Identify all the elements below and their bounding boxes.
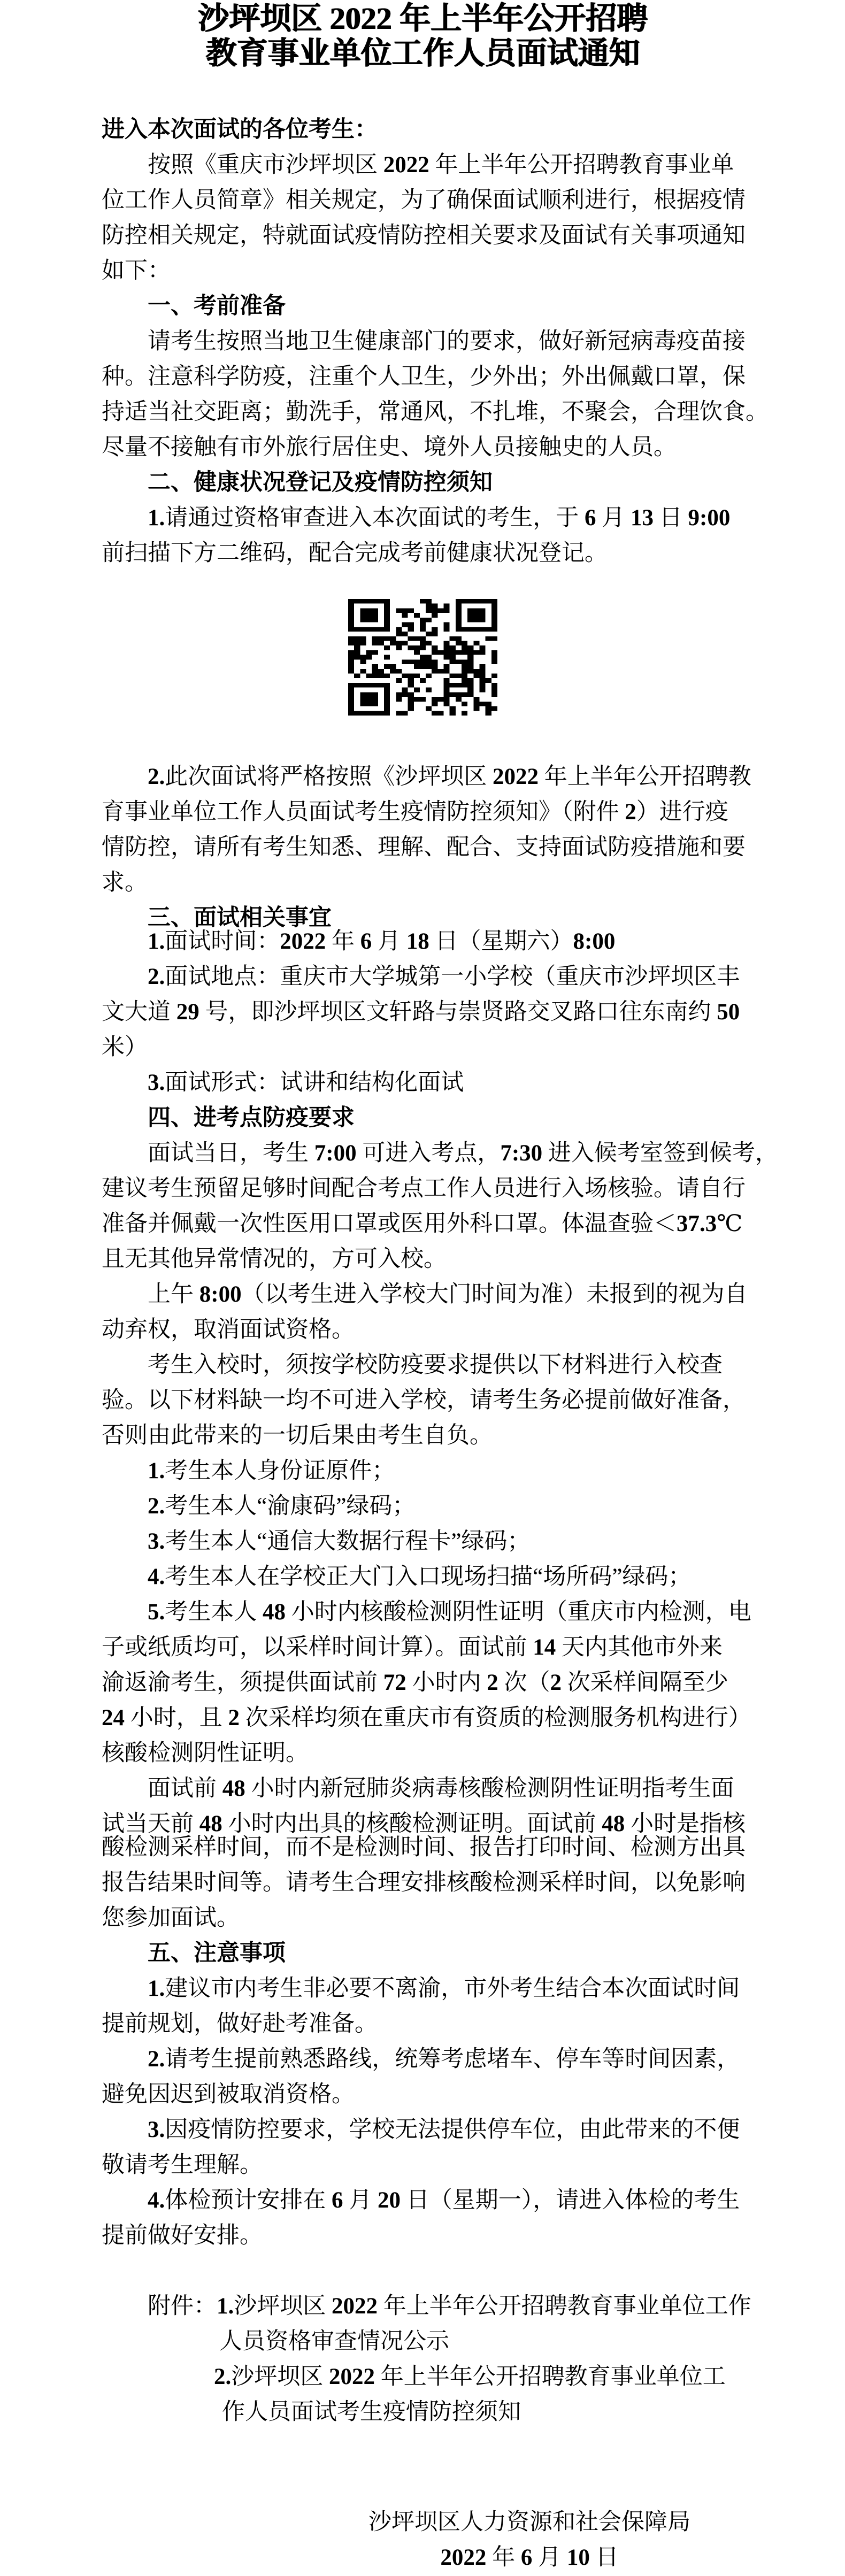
text-line: 准备并佩戴一次性医用口罩或医用外科口罩。体温查验＜37.3℃ — [102, 1206, 743, 1242]
text-line: 动弃权，取消面试资格。 — [102, 1312, 743, 1348]
text-line: 敬请考生理解。 — [102, 2148, 743, 2183]
text-line: 尽量不接触有市外旅行居住史、境外人员接触史的人员。 — [102, 430, 743, 465]
salutation-line: 进入本次面试的各位考生： — [102, 112, 743, 148]
section-heading-4: 四、进考点防疫要求 — [102, 1101, 743, 1136]
text-line: 否则由此带来的一切后果由考生自负。 — [102, 1418, 743, 1454]
attachment-line: 附件：1.沙坪坝区 2022 年上半年公开招聘教育事业单位工作 — [102, 2289, 743, 2324]
document-page: 沙坪坝区 2022 年上半年公开招聘 教育事业单位工作人员面试通知 进入本次面试… — [0, 0, 845, 2576]
text-line: 防控相关规定，特就面试疫情防控相关要求及面试有关事项通知 — [102, 218, 743, 253]
signature-date: 2022 年 6 月 10 日 — [316, 2540, 743, 2575]
text-line: 前扫描下方二维码，配合完成考前健康状况登记。 — [102, 536, 743, 571]
text-line: 3.因疫情防控要求，学校无法提供停车位，由此带来的不便 — [102, 2112, 743, 2148]
text-line: 24 小时，且 2 次采样均须在重庆市有资质的检测服务机构进行） — [102, 1701, 743, 1736]
text-line: 提前做好安排。 — [102, 2218, 743, 2254]
text-line: 2.此次面试将严格按照《沙坪坝区 2022 年上半年公开招聘教 — [102, 759, 743, 795]
text-line: 1.面试时间：2022 年 6 月 18 日（星期六）8:00 — [102, 924, 743, 959]
text-line: 4.体检预计安排在 6 月 20 日（星期一），请进入体检的考生 — [102, 2183, 743, 2218]
text-line: 面试当日，考生 7:00 可进入考点，7:30 进入候考室签到候考， — [102, 1136, 743, 1171]
text-line: 上午 8:00（以考生进入学校大门时间为准）未报到的视为自 — [102, 1277, 743, 1312]
text-line: 持适当社交距离；勤洗手，常通风，不扎堆，不聚会，合理饮食。 — [102, 395, 743, 430]
text-line: 考生入校时，须按学校防疫要求提供以下材料进行入校查 — [102, 1348, 743, 1383]
section-heading-5: 五、注意事项 — [102, 1936, 743, 1971]
text-line: 育事业单位工作人员面试考生疫情防控须知》（附件 2）进行疫 — [102, 795, 743, 830]
text-line: 情防控，请所有考生知悉、理解、配合、支持面试防疫措施和要 — [102, 830, 743, 865]
health-registration-qr-code — [102, 599, 743, 716]
text-line: 3.面试形式：试讲和结构化面试 — [102, 1065, 743, 1101]
text-line: 且无其他异常情况的，方可入校。 — [102, 1242, 743, 1277]
text-line: 如下： — [102, 253, 743, 289]
text-line: 4.考生本人在学校正大门入口现场扫描“场所码”绿码； — [102, 1559, 743, 1595]
text-line: 2.考生本人“渝康码”绿码； — [102, 1489, 743, 1524]
text-line: 您参加面试。 — [102, 1901, 743, 1936]
section-heading-1: 一、考前准备 — [102, 289, 743, 324]
text-line: 酸检测采样时间，而不是检测时间、报告打印时间、检测方出具 — [102, 1830, 743, 1865]
text-line: 请考生按照当地卫生健康部门的要求，做好新冠病毒疫苗接 — [102, 324, 743, 359]
text-line: 2.面试地点：重庆市大学城第一小学校（重庆市沙坪坝区丰 — [102, 959, 743, 995]
text-line: 子或纸质均可，以采样时间计算）。面试前 14 天内其他市外来 — [102, 1630, 743, 1665]
text-line: 求。 — [102, 865, 743, 901]
text-line: 位工作人员简章》相关规定，为了确保面试顺利进行，根据疫情 — [102, 183, 743, 218]
text-line: 1.考生本人身份证原件； — [102, 1454, 743, 1489]
document-body: 进入本次面试的各位考生：按照《重庆市沙坪坝区 2022 年上半年公开招聘教育事业… — [102, 112, 743, 2430]
text-line: 米） — [102, 1030, 743, 1065]
text-line: 面试前 48 小时内新冠肺炎病毒核酸检测阴性证明指考生面 — [102, 1771, 743, 1806]
text-line: 1.建议市内考生非必要不离渝，市外考生结合本次面试时间 — [102, 1971, 743, 2006]
signature-org: 沙坪坝区人力资源和社会保障局 — [316, 2505, 743, 2540]
document-title-line-1: 沙坪坝区 2022 年上半年公开招聘 — [102, 1, 743, 36]
text-line: 3.考生本人“通信大数据行程卡”绿码； — [102, 1524, 743, 1559]
text-line: 建议考生预留足够时间配合考点工作人员进行入场核验。请自行 — [102, 1171, 743, 1206]
text-line: 避免因迟到被取消资格。 — [102, 2077, 743, 2112]
text-line: 提前规划，做好赴考准备。 — [102, 2006, 743, 2042]
document-title-line-2: 教育事业单位工作人员面试通知 — [102, 36, 743, 71]
text-line: 5.考生本人 48 小时内核酸检测阴性证明（重庆市内检测，电 — [102, 1595, 743, 1630]
text-line: 验。以下材料缺一均不可进入学校，请考生务必提前做好准备， — [102, 1383, 743, 1418]
text-line: 渝返渝考生，须提供面试前 72 小时内 2 次（2 次采样间隔至少 — [102, 1665, 743, 1701]
attachment-line: 人员资格审查情况公示 — [102, 2324, 743, 2359]
section-heading-2: 二、健康状况登记及疫情防控须知 — [102, 465, 743, 501]
text-line: 文大道 29 号，即沙坪坝区文轩路与崇贤路交叉路口往东南约 50 — [102, 995, 743, 1030]
text-line: 2.请考生提前熟悉路线，统筹考虑堵车、停车等时间因素， — [102, 2042, 743, 2077]
attachment-line: 作人员面试考生疫情防控须知 — [102, 2395, 743, 2430]
text-line: 按照《重庆市沙坪坝区 2022 年上半年公开招聘教育事业单 — [102, 148, 743, 183]
text-line: 1.请通过资格审查进入本次面试的考生，于 6 月 13 日 9:00 — [102, 501, 743, 536]
attachment-line: 2.沙坪坝区 2022 年上半年公开招聘教育事业单位工 — [102, 2359, 743, 2395]
text-line: 种。注意科学防疫，注重个人卫生，少外出；外出佩戴口罩，保 — [102, 359, 743, 395]
text-line: 报告结果时间等。请考生合理安排核酸检测采样时间，以免影响 — [102, 1865, 743, 1901]
text-line: 核酸检测阴性证明。 — [102, 1736, 743, 1771]
signature-block: 沙坪坝区人力资源和社会保障局 2022 年 6 月 10 日 — [316, 2505, 743, 2575]
